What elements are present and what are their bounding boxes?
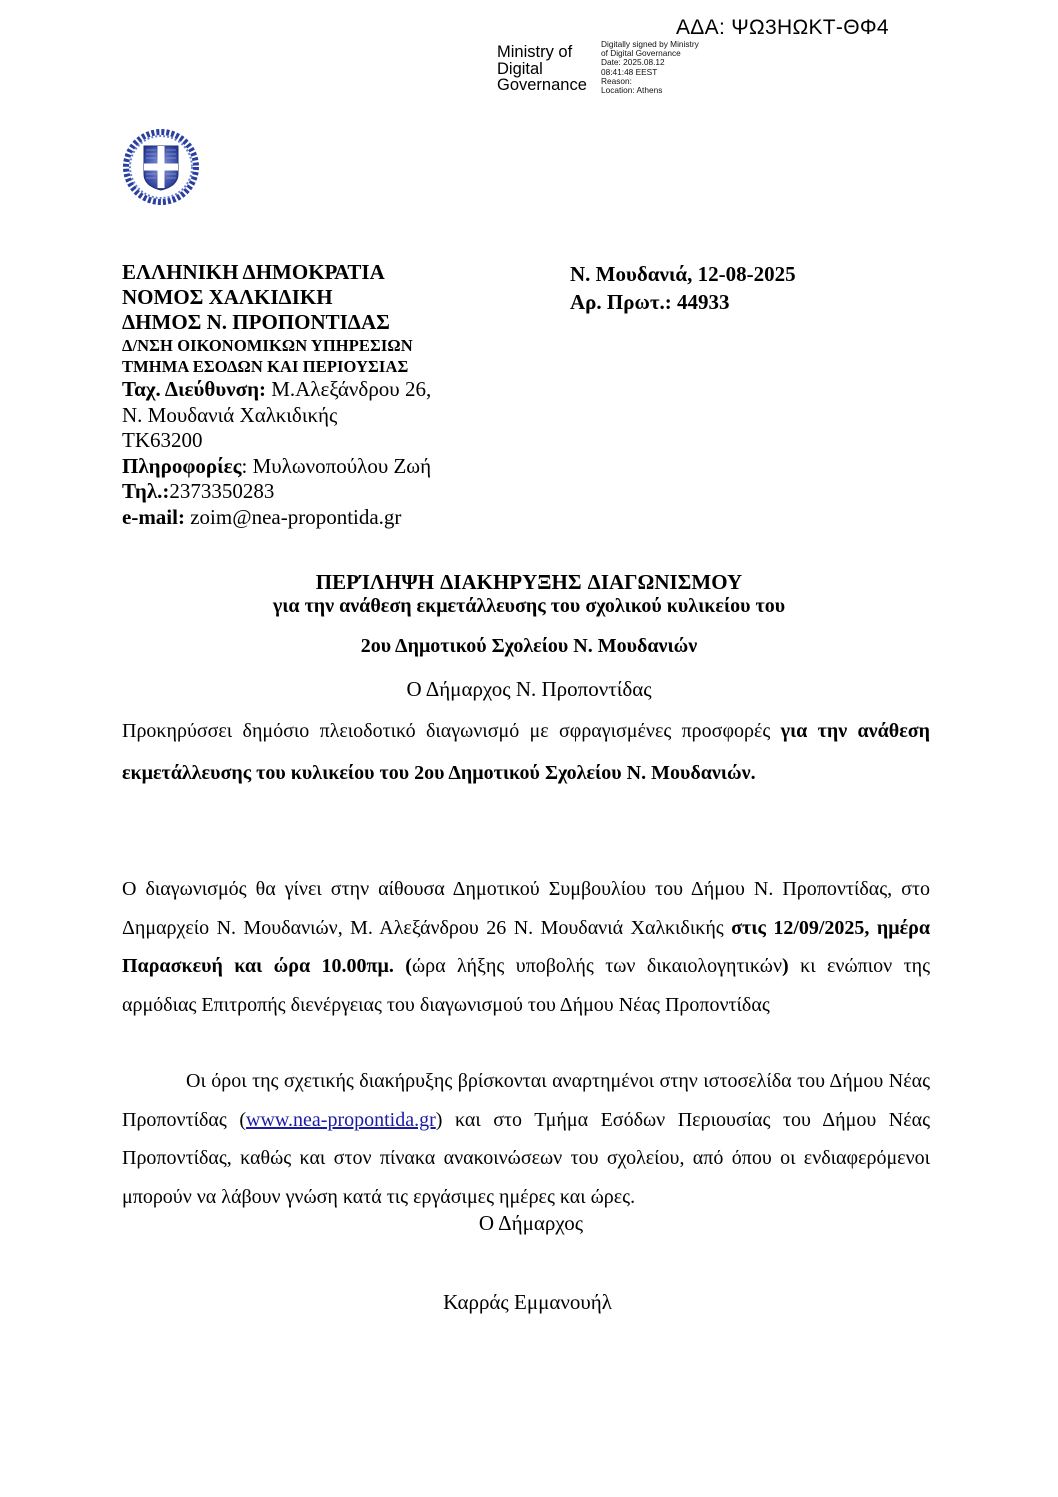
info-contact: Πληροφορίες: Μυλωνοπούλου Ζωή: [122, 454, 542, 480]
hellenic-republic-coat-of-arms-icon: [122, 128, 200, 206]
signature-details: Digitally signed by Ministry of Digital …: [601, 40, 699, 95]
signature-organization: Ministry of Digital Governance: [497, 44, 587, 94]
place-date: Ν. Μουδανιά, 12-08-2025: [570, 260, 796, 288]
section-name: ΤΜΗΜΑ ΕΣΟΔΩΝ ΚΑΙ ΠΕΡΙΟΥΣΙΑΣ: [122, 356, 542, 377]
announcement-paragraph: Προκηρύσσει δημόσιο πλειοδοτικό διαγωνισ…: [122, 710, 930, 794]
email: e-mail: zoim@nea-propontida.gr: [122, 505, 542, 531]
country-name: ΕΛΛΗΝΙΚΗ ΔΗΜΟΚΡΑΤΙΑ: [122, 260, 542, 285]
info-value: : Μυλωνοπούλου Ζωή: [242, 454, 432, 478]
p2-text-2: ώρα λήξης υποβολής των δικαιολογητικών: [412, 955, 782, 977]
issuer-block: ΕΛΛΗΝΙΚΗ ΔΗΜΟΚΡΑΤΙΑ ΝΟΜΟΣ ΧΑΛΚΙΔΙΚΗ ΔΗΜΟ…: [122, 260, 542, 530]
p1-text: Προκηρύσσει δημόσιο πλειοδοτικό διαγωνισ…: [122, 720, 781, 742]
ada-stamp: ΑΔΑ: ΨΩ3ΗΩΚΤ-ΘΦ4: [676, 16, 889, 40]
prefecture-name: ΝΟΜΟΣ ΧΑΛΚΙΔΙΚΗ: [122, 285, 542, 310]
mayor-intro: Ο Δήμαρχος Ν. Προποντίδας: [0, 677, 1058, 702]
address-line2: Ν. Μουδανιά Χαλκιδικής: [122, 403, 542, 429]
phone: Τηλ.:2373350283: [122, 479, 542, 505]
address-value: Μ.Αλεξάνδρου 26,: [266, 377, 431, 401]
email-label: e-mail:: [122, 505, 185, 529]
phone-label: Τηλ.:: [122, 479, 169, 503]
document-title: ΠΕΡΊΛΗΨΗ ΔΙΑΚΗΡΥΞΗΣ ΔΙΑΓΩΝΙΣΜΟΥ: [0, 570, 1058, 595]
postal-code: ΤΚ63200: [122, 428, 542, 454]
phone-value: 2373350283: [169, 479, 274, 503]
document-subtitle: για την ανάθεση εκμετάλλευσης του σχολικ…: [0, 595, 1058, 618]
address-label: Ταχ. Διεύθυνση:: [122, 377, 266, 401]
municipality-name: ΔΗΜΟΣ Ν. ΠΡΟΠΟΝΤΙΔΑΣ: [122, 310, 542, 335]
date-protocol-block: Ν. Μουδανιά, 12-08-2025 Αρ. Πρωτ.: 44933: [570, 260, 796, 316]
p2-bold-paren: ): [782, 955, 789, 977]
tender-details-paragraph: Ο διαγωνισμός θα γίνει στην αίθουσα Δημο…: [122, 870, 930, 1024]
department-name: Δ/ΝΣΗ ΟΙΚΟΝΟΜΙΚΩΝ ΥΠΗΡΕΣΙΩΝ: [122, 335, 542, 356]
closing-title: Ο Δήμαρχος: [431, 1211, 631, 1236]
protocol-number: Αρ. Πρωτ.: 44933: [570, 288, 796, 316]
signatory-name: Καρράς Εμμανουήλ: [395, 1290, 660, 1315]
email-value: zoim@nea-propontida.gr: [185, 505, 401, 529]
municipality-website-link[interactable]: www.nea-propontida.gr: [246, 1109, 436, 1131]
school-name: 2ου Δημοτικού Σχολείου Ν. Μουδανιών: [0, 635, 1058, 658]
terms-paragraph: Οι όροι της σχετικής διακήρυξης βρίσκοντ…: [122, 1062, 930, 1216]
postal-address: Ταχ. Διεύθυνση: Μ.Αλεξάνδρου 26,: [122, 377, 542, 403]
info-label: Πληροφορίες: [122, 454, 242, 478]
